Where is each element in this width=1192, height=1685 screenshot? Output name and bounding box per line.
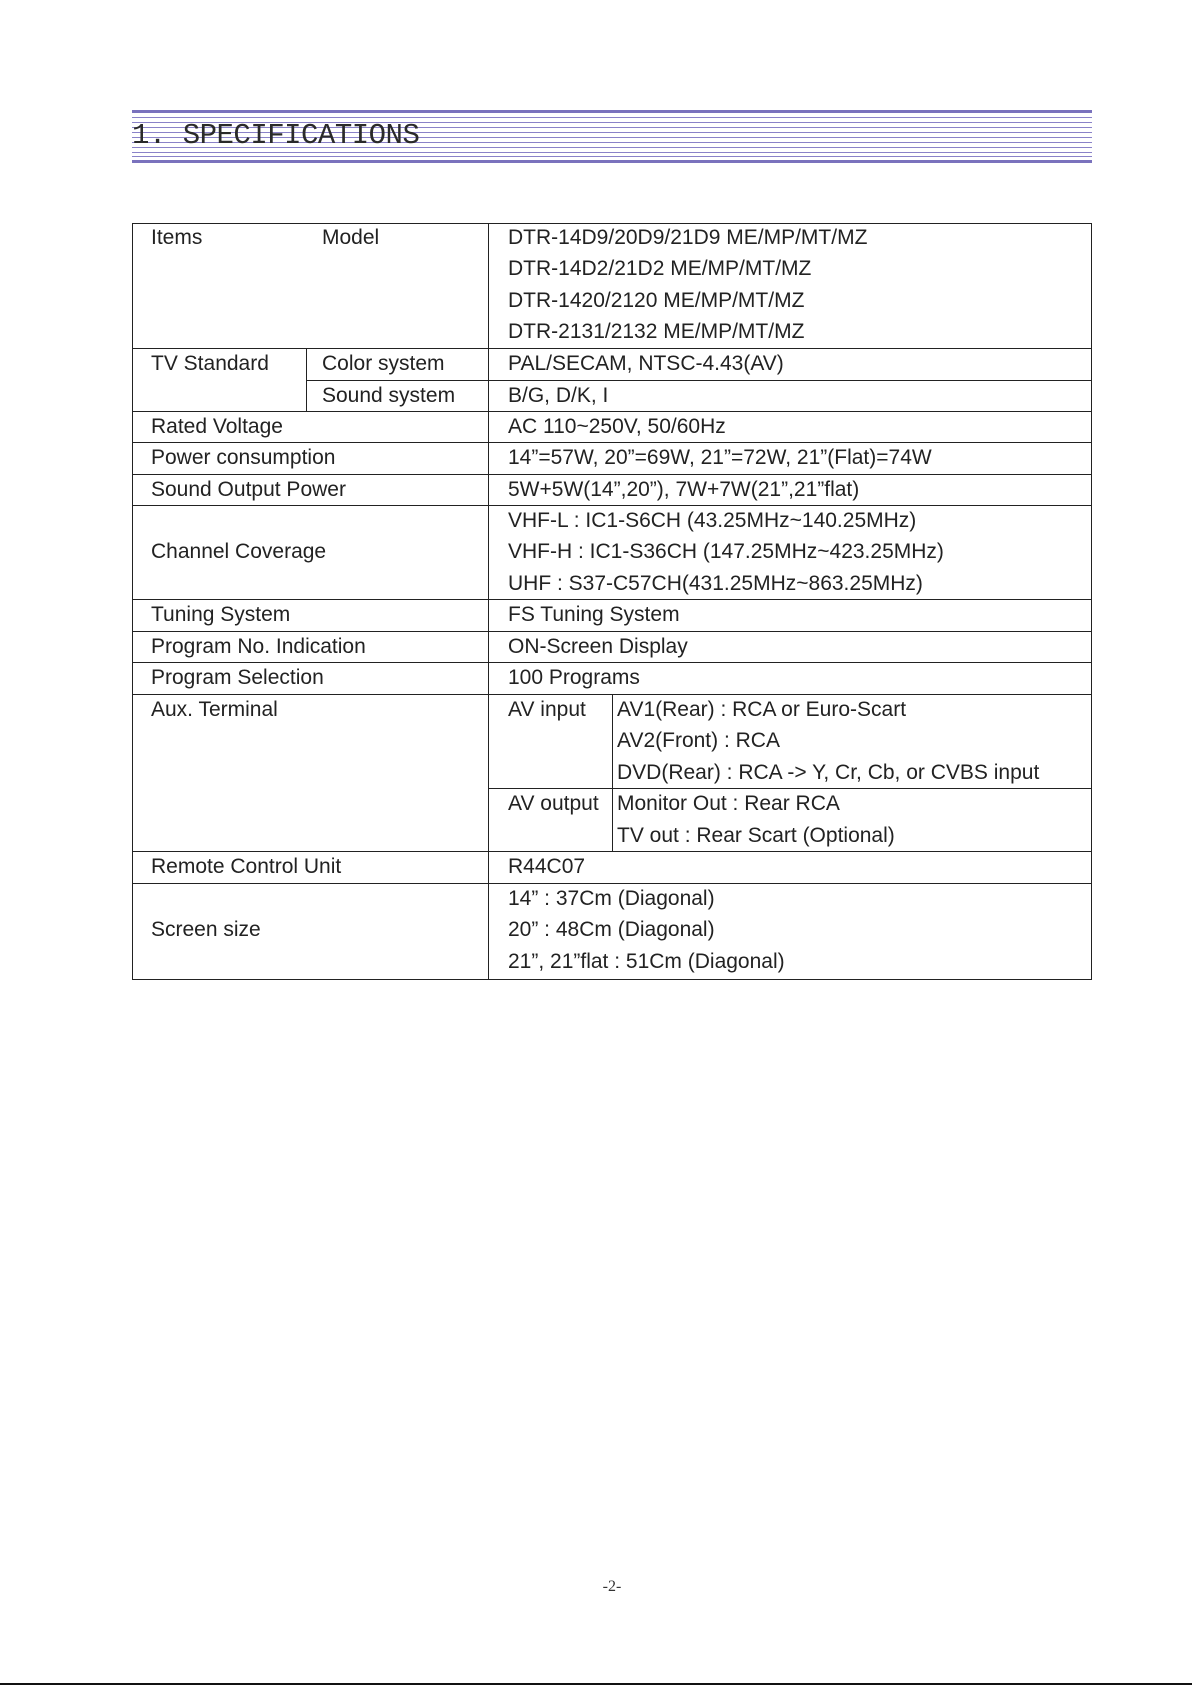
remote-control-label: Remote Control Unit xyxy=(151,851,341,882)
screen-size-label: Screen size xyxy=(151,914,261,945)
channel-coverage-label: Channel Coverage xyxy=(151,536,326,567)
model-value: DTR-1420/2120 ME/MP/MT/MZ xyxy=(508,285,804,316)
color-system-value: PAL/SECAM, NTSC-4.43(AV) xyxy=(508,348,784,379)
power-consumption-label: Power consumption xyxy=(151,442,335,473)
av-input-value: AV1(Rear) : RCA or Euro-Scart xyxy=(617,694,906,725)
av-output-value: TV out : Rear Scart (Optional) xyxy=(617,820,895,851)
model-value: DTR-14D9/20D9/21D9 ME/MP/MT/MZ xyxy=(508,222,867,253)
header-rule-bottom xyxy=(132,160,1092,163)
model-value: DTR-2131/2132 ME/MP/MT/MZ xyxy=(508,316,804,347)
tv-standard-label: TV Standard xyxy=(151,348,269,379)
aux-subdivider xyxy=(612,694,613,851)
program-indication-value: ON-Screen Display xyxy=(508,631,688,662)
av-output-label: AV output xyxy=(508,788,599,819)
tuning-system-label: Tuning System xyxy=(151,599,290,630)
value-column-divider xyxy=(488,224,489,980)
section-title: 1. SPECIFICATIONS xyxy=(132,118,419,154)
rated-voltage-value: AC 110~250V, 50/60Hz xyxy=(508,411,726,442)
screen-size-value: 20” : 48Cm (Diagonal) xyxy=(508,914,715,945)
av-output-value: Monitor Out : Rear RCA xyxy=(617,788,840,819)
screen-size-value: 14” : 37Cm (Diagonal) xyxy=(508,883,715,914)
channel-coverage-value: VHF-H : IC1-S36CH (147.25MHz~423.25MHz) xyxy=(508,536,944,567)
sound-system-value: B/G, D/K, I xyxy=(508,380,608,411)
tuning-system-value: FS Tuning System xyxy=(508,599,680,630)
header-rule-top xyxy=(132,110,1092,113)
sound-output-label: Sound Output Power xyxy=(151,474,346,505)
av-input-value: AV2(Front) : RCA xyxy=(617,725,780,756)
remote-control-value: R44C07 xyxy=(508,851,585,882)
section-header: 1. SPECIFICATIONS xyxy=(132,110,1092,163)
items-label: Items xyxy=(151,222,202,253)
model-label: Model xyxy=(322,222,379,253)
av-input-label: AV input xyxy=(508,694,586,725)
header-line xyxy=(132,156,1092,157)
av-input-value: DVD(Rear) : RCA -> Y, Cr, Cb, or CVBS in… xyxy=(617,757,1039,788)
channel-coverage-value: UHF : S37-C57CH(431.25MHz~863.25MHz) xyxy=(508,568,923,599)
page-number: -2- xyxy=(0,1578,1192,1596)
rated-voltage-label: Rated Voltage xyxy=(151,411,283,442)
sound-system-label: Sound system xyxy=(322,380,455,411)
power-consumption-value: 14”=57W, 20”=69W, 21”=72W, 21”(Flat)=74W xyxy=(508,442,932,473)
color-system-label: Color system xyxy=(322,348,445,379)
spec-table: Items Model DTR-14D9/20D9/21D9 ME/MP/MT/… xyxy=(132,223,1092,980)
program-selection-label: Program Selection xyxy=(151,662,324,693)
screen-size-value: 21”, 21”flat : 51Cm (Diagonal) xyxy=(508,946,785,977)
model-value: DTR-14D2/21D2 ME/MP/MT/MZ xyxy=(508,253,811,284)
program-selection-value: 100 Programs xyxy=(508,662,640,693)
aux-terminal-label: Aux. Terminal xyxy=(151,694,278,725)
program-indication-label: Program No. Indication xyxy=(151,631,366,662)
sound-output-value: 5W+5W(14”,20”), 7W+7W(21”,21”flat) xyxy=(508,474,859,505)
channel-coverage-value: VHF-L : IC1-S6CH (43.25MHz~140.25MHz) xyxy=(508,505,916,536)
